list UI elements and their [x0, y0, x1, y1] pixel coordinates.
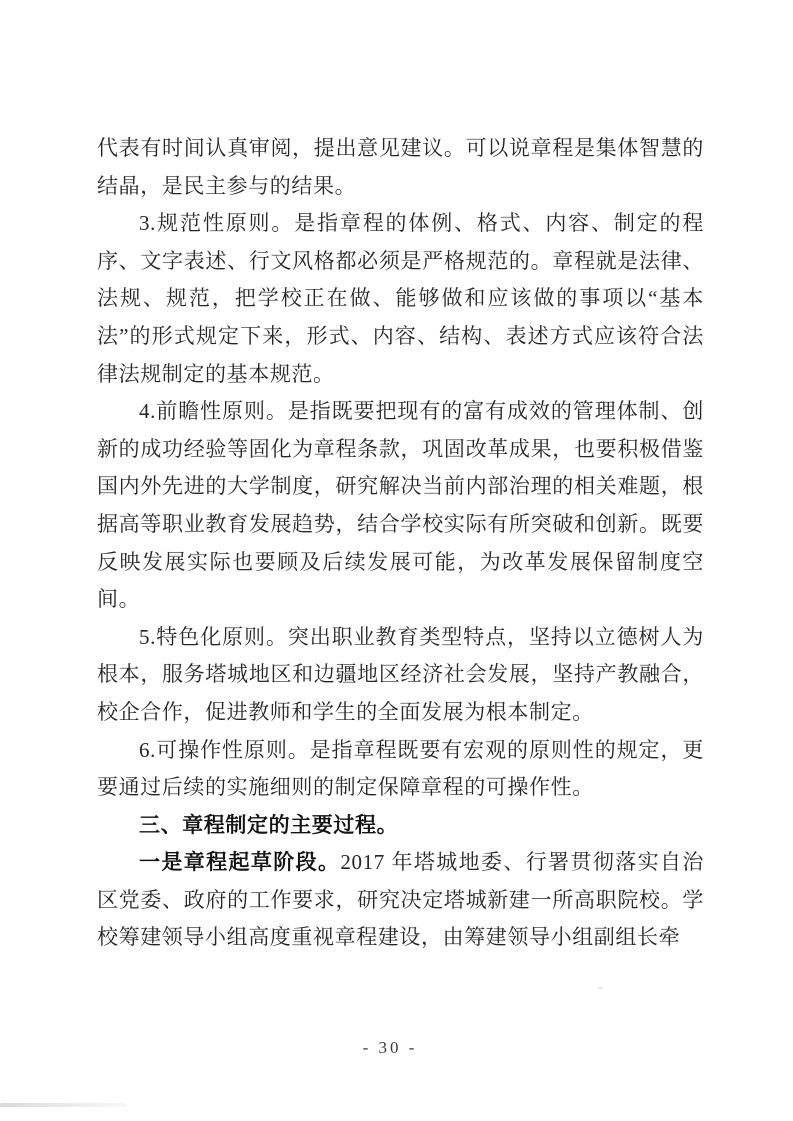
document-text-block: 代表有时间认真审阅，提出意见建议。可以说章程是集体智慧的结晶，是民主参与的结果。… [97, 130, 704, 957]
paragraph-stage-1: 一是章程起草阶段。2017 年塔城地委、行署贯彻落实自治区党委、政府的工作要求，… [97, 844, 704, 957]
scan-artifact-shadow [0, 1103, 127, 1107]
section-heading: 三、章程制定的主要过程。 [97, 807, 704, 845]
paragraph-principle-5: 5.特色化原则。突出职业教育类型特点，坚持以立德树人为根本，服务塔城地区和边疆地… [97, 619, 704, 732]
scan-artifact-speck [598, 987, 603, 989]
page-number: - 30 - [0, 1038, 780, 1058]
paragraph-principle-4: 4.前瞻性原则。是指既要把现有的富有成效的管理体制、创新的成功经验等固化为章程条… [97, 393, 704, 619]
paragraph-continuation: 代表有时间认真审阅，提出意见建议。可以说章程是集体智慧的结晶，是民主参与的结果。 [97, 130, 704, 205]
paragraph-principle-6: 6.可操作性原则。是指章程既要有宏观的原则性的规定，更要通过后续的实施细则的制定… [97, 732, 704, 807]
scanned-document-page: 代表有时间认真审阅，提出意见建议。可以说章程是集体智慧的结晶，是民主参与的结果。… [0, 0, 793, 1121]
paragraph-principle-3: 3.规范性原则。是指章程的体例、格式、内容、制定的程序、文字表述、行文风格都必须… [97, 205, 704, 393]
paragraph-stage-1-lead: 一是章程起草阶段。 [139, 851, 340, 874]
